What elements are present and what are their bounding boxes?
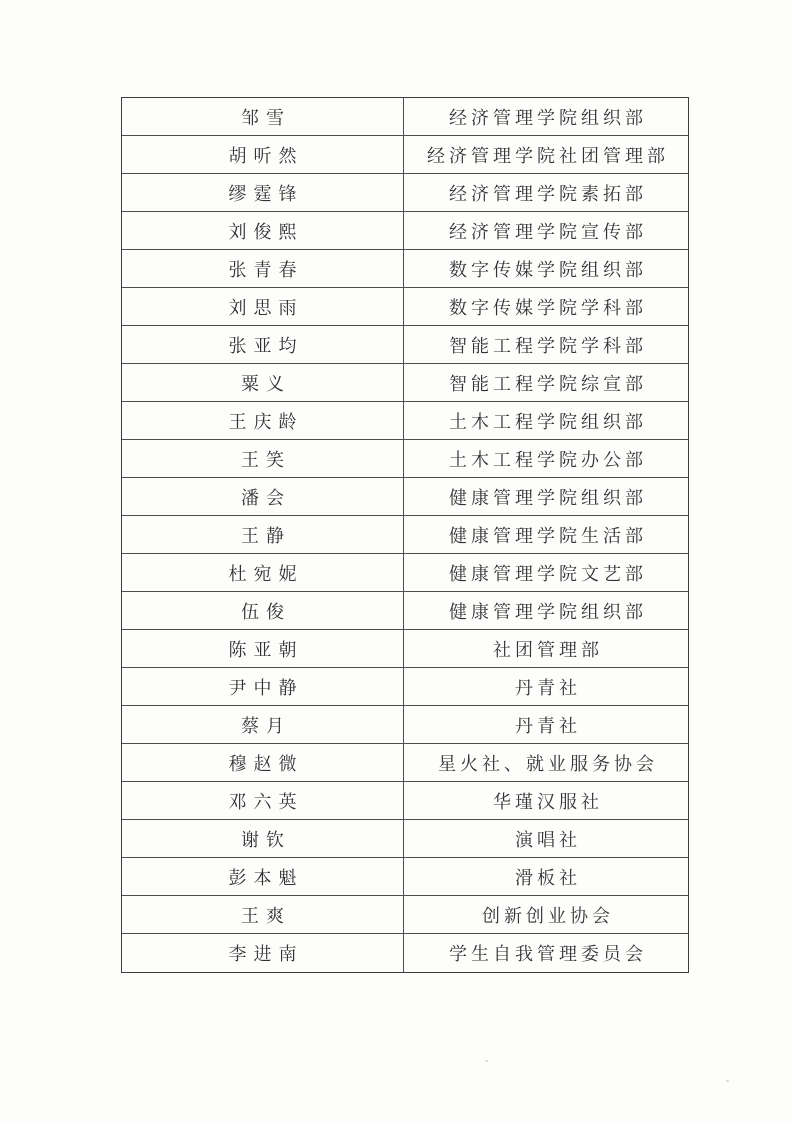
- table-row: 邓六英 华瑾汉服社: [122, 782, 688, 820]
- table-row: 张亚均 智能工程学院学科部: [122, 326, 688, 364]
- organization-cell: 演唱社: [404, 820, 688, 857]
- scanned-document-page: 邹雪 经济管理学院组织部 胡听然 经济管理学院社团管理部 缪霆锋 经济管理学院素…: [0, 0, 793, 1122]
- table-row: 刘思雨 数字传媒学院学科部: [122, 288, 688, 326]
- table-row: 缪霆锋 经济管理学院素拓部: [122, 174, 688, 212]
- member-name-cell: 王庆龄: [122, 402, 404, 439]
- table-row: 王爽 创新创业协会: [122, 896, 688, 934]
- organization-cell: 经济管理学院社团管理部: [404, 136, 688, 173]
- member-name-cell: 杜宛妮: [122, 554, 404, 591]
- organization-cell: 健康管理学院组织部: [404, 478, 688, 515]
- organization-cell: 数字传媒学院学科部: [404, 288, 688, 325]
- organization-cell: 经济管理学院组织部: [404, 98, 688, 135]
- member-name-cell: 王笑: [122, 440, 404, 477]
- organization-cell: 健康管理学院生活部: [404, 516, 688, 553]
- organization-cell: 经济管理学院宣传部: [404, 212, 688, 249]
- assignment-table: 邹雪 经济管理学院组织部 胡听然 经济管理学院社团管理部 缪霆锋 经济管理学院素…: [121, 97, 689, 973]
- table-row: 谢钦 演唱社: [122, 820, 688, 858]
- organization-cell: 健康管理学院组织部: [404, 592, 688, 629]
- organization-cell: 社团管理部: [404, 630, 688, 667]
- organization-cell: 丹青社: [404, 706, 688, 743]
- table-row: 陈亚朝 社团管理部: [122, 630, 688, 668]
- member-name-cell: 谢钦: [122, 820, 404, 857]
- member-name-cell: 尹中静: [122, 668, 404, 705]
- table-row: 邹雪 经济管理学院组织部: [122, 98, 688, 136]
- member-name-cell: 王爽: [122, 896, 404, 933]
- member-name-cell: 伍俊: [122, 592, 404, 629]
- organization-cell: 智能工程学院学科部: [404, 326, 688, 363]
- table-row: 彭本魁 滑板社: [122, 858, 688, 896]
- table-row: 杜宛妮 健康管理学院文艺部: [122, 554, 688, 592]
- member-name-cell: 王静: [122, 516, 404, 553]
- member-name-cell: 彭本魁: [122, 858, 404, 895]
- member-name-cell: 穆赵微: [122, 744, 404, 781]
- member-name-cell: 陈亚朝: [122, 630, 404, 667]
- organization-cell: 土木工程学院办公部: [404, 440, 688, 477]
- scan-speckle: [485, 1060, 488, 1062]
- member-name-cell: 张青春: [122, 250, 404, 287]
- member-name-cell: 邹雪: [122, 98, 404, 135]
- member-name-cell: 刘俊熙: [122, 212, 404, 249]
- organization-cell: 数字传媒学院组织部: [404, 250, 688, 287]
- organization-cell: 丹青社: [404, 668, 688, 705]
- member-name-cell: 刘思雨: [122, 288, 404, 325]
- scan-speckle: [726, 1080, 729, 1082]
- table-row: 潘会 健康管理学院组织部: [122, 478, 688, 516]
- member-name-cell: 胡听然: [122, 136, 404, 173]
- member-name-cell: 粟义: [122, 364, 404, 401]
- organization-cell: 土木工程学院组织部: [404, 402, 688, 439]
- organization-cell: 星火社、就业服务协会: [404, 744, 688, 781]
- organization-cell: 滑板社: [404, 858, 688, 895]
- table-row: 李进南 学生自我管理委员会: [122, 934, 688, 972]
- member-name-cell: 张亚均: [122, 326, 404, 363]
- table-row: 王笑 土木工程学院办公部: [122, 440, 688, 478]
- organization-cell: 学生自我管理委员会: [404, 934, 688, 972]
- organization-cell: 智能工程学院综宣部: [404, 364, 688, 401]
- member-name-cell: 缪霆锋: [122, 174, 404, 211]
- member-name-cell: 潘会: [122, 478, 404, 515]
- table-row: 胡听然 经济管理学院社团管理部: [122, 136, 688, 174]
- table-row: 张青春 数字传媒学院组织部: [122, 250, 688, 288]
- organization-cell: 健康管理学院文艺部: [404, 554, 688, 591]
- member-name-cell: 蔡月: [122, 706, 404, 743]
- table-row: 刘俊熙 经济管理学院宣传部: [122, 212, 688, 250]
- member-name-cell: 李进南: [122, 934, 404, 972]
- table-row: 王庆龄 土木工程学院组织部: [122, 402, 688, 440]
- organization-cell: 经济管理学院素拓部: [404, 174, 688, 211]
- table-row: 尹中静 丹青社: [122, 668, 688, 706]
- organization-cell: 创新创业协会: [404, 896, 688, 933]
- table-row: 伍俊 健康管理学院组织部: [122, 592, 688, 630]
- organization-cell: 华瑾汉服社: [404, 782, 688, 819]
- table-row: 穆赵微 星火社、就业服务协会: [122, 744, 688, 782]
- table-row: 王静 健康管理学院生活部: [122, 516, 688, 554]
- table-row: 粟义 智能工程学院综宣部: [122, 364, 688, 402]
- member-name-cell: 邓六英: [122, 782, 404, 819]
- table-row: 蔡月 丹青社: [122, 706, 688, 744]
